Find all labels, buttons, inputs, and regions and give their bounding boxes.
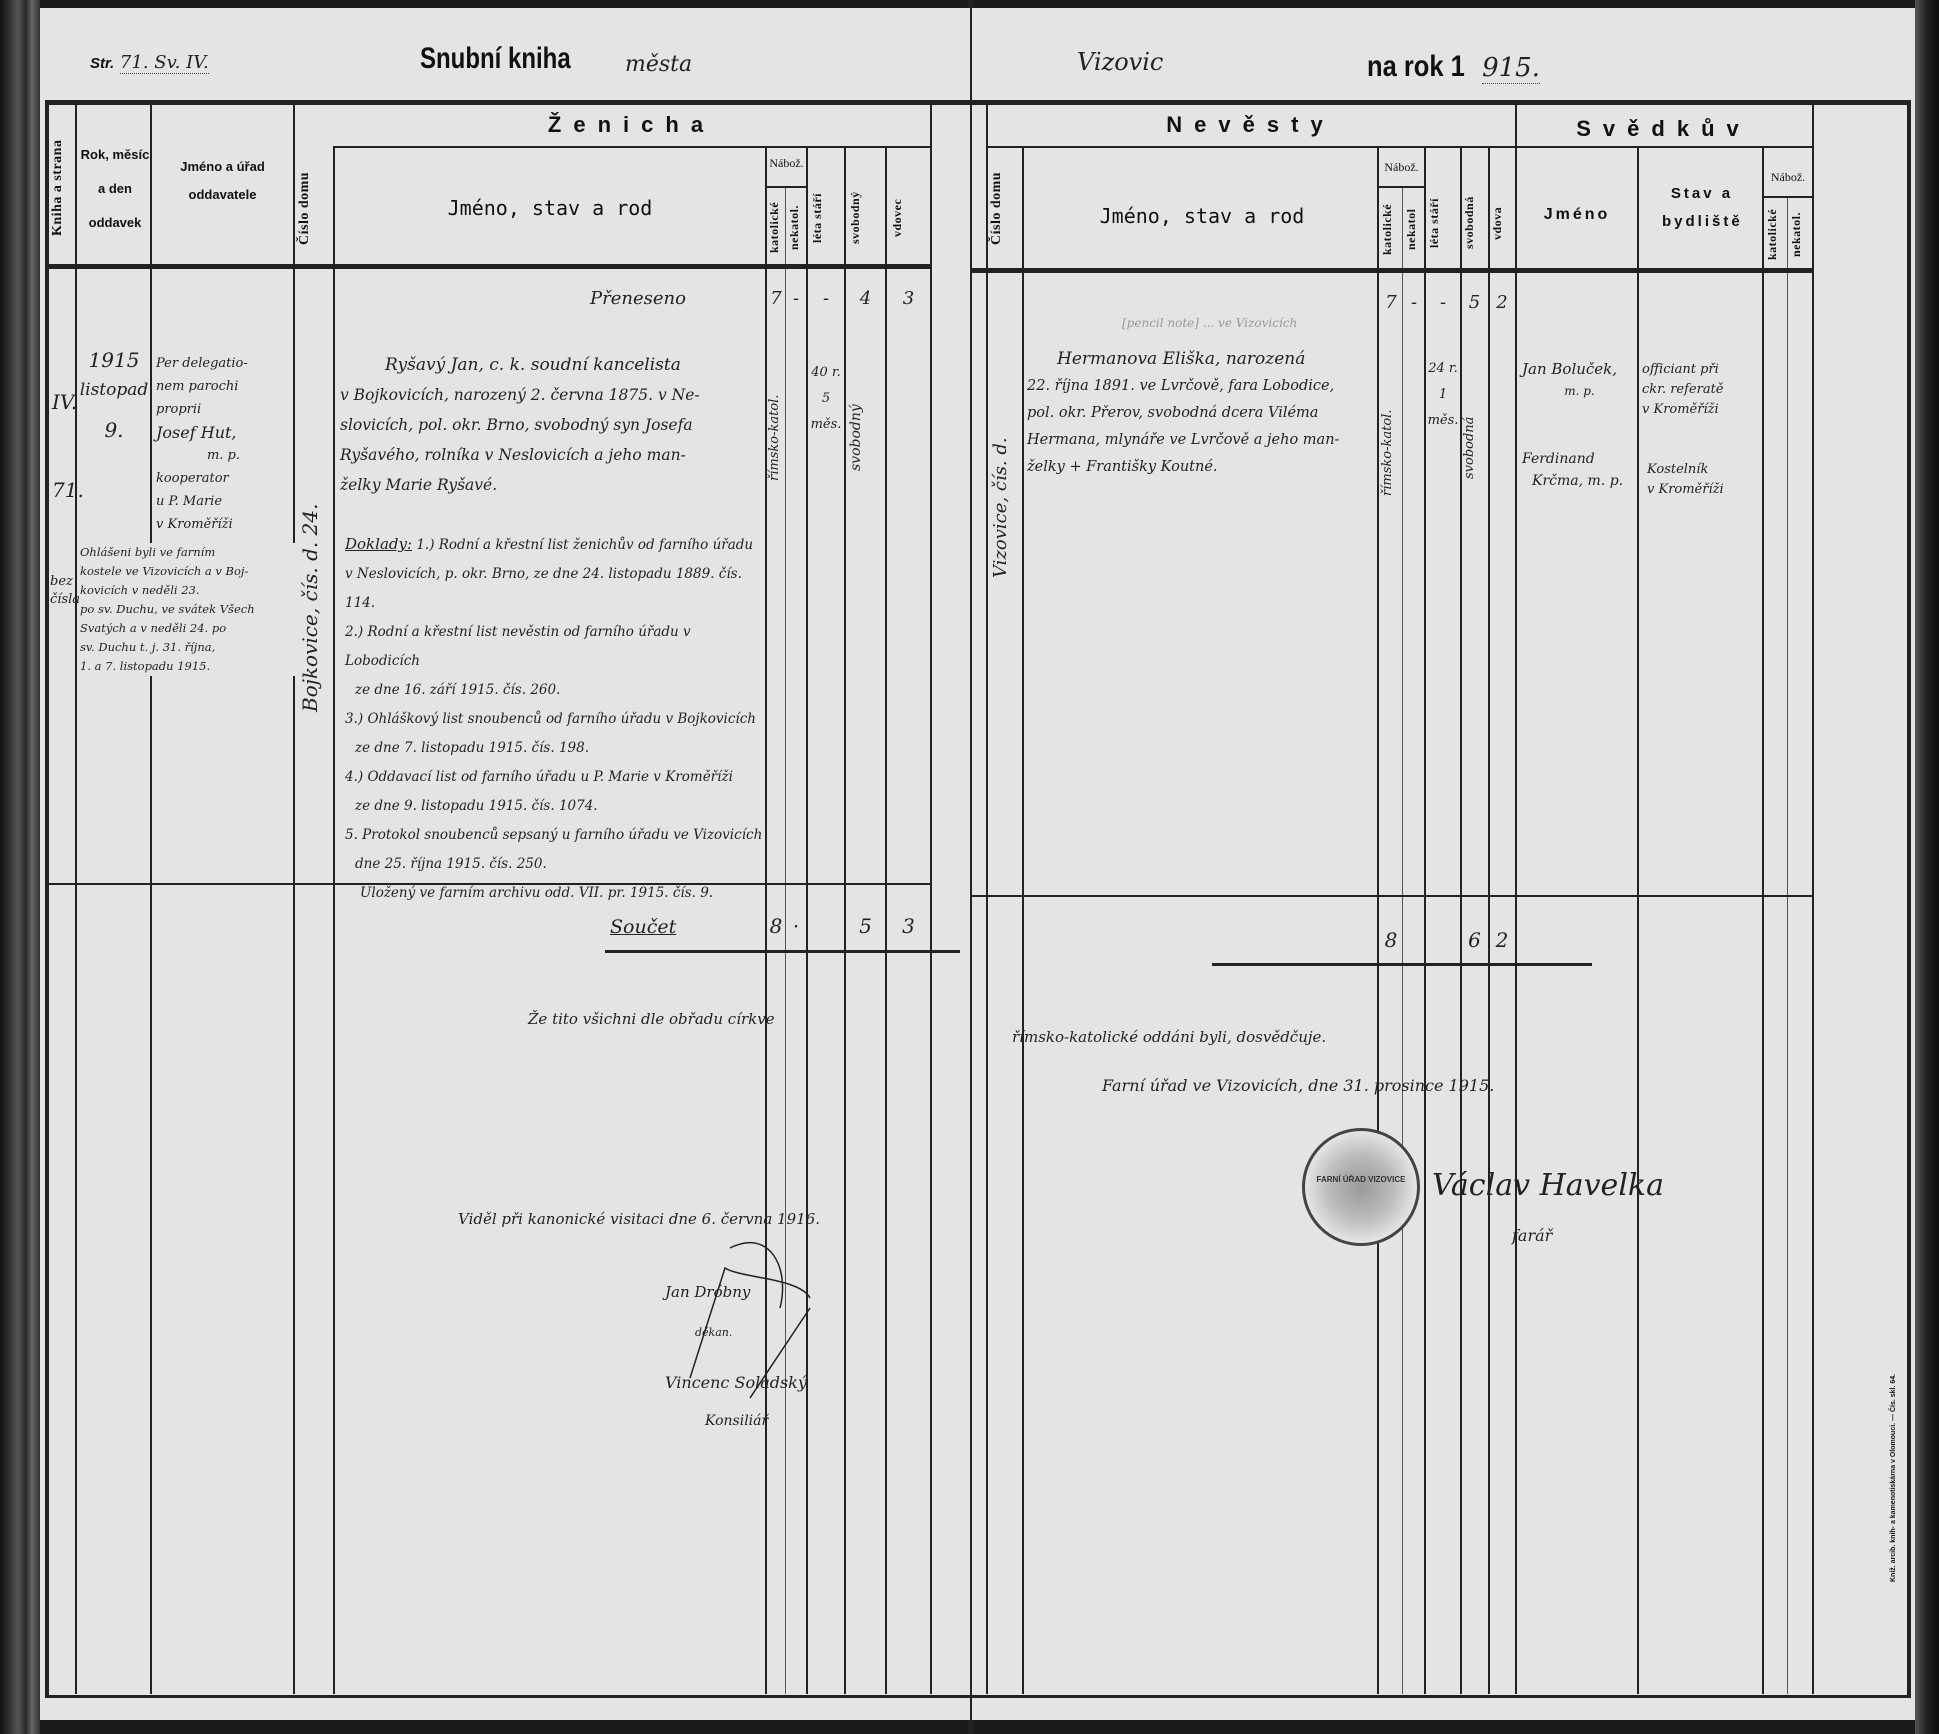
officiant-line: m. p.	[156, 444, 291, 467]
total-bride-single: 6	[1462, 928, 1487, 952]
bride-house-no: Vizovice, čís. d.	[990, 408, 1022, 608]
parish-stamp: FARNÍ ÚŘAD VIZOVICE	[1302, 1128, 1420, 1246]
document-line: v Neslovicích, p. okr. Brno, ze dne 24. …	[345, 560, 765, 618]
col-divider	[1637, 148, 1639, 1694]
carried-groom-noncatholic: -	[787, 288, 805, 309]
table-bottom-border	[972, 1695, 1907, 1698]
header-bottom-border	[45, 264, 930, 269]
parish-priest-title: farář	[1512, 1226, 1552, 1245]
col-divider	[293, 104, 295, 1694]
col-bride-widow: vdova	[1490, 183, 1514, 263]
groom-religion: římsko-katol.	[767, 358, 785, 518]
carried-bride-widow: 2	[1490, 292, 1514, 313]
carried-bride-catholic: 7	[1380, 292, 1402, 313]
banns-line: 1. a 7. listopadu 1915.	[80, 657, 295, 676]
col-bride-non-catholic: nekatol	[1404, 193, 1424, 265]
groom-house-no: Bojkovice, čís. d. 24.	[298, 498, 332, 718]
witness-name-line: Jan Boluček,	[1522, 358, 1637, 380]
document-line: 5. Protokol snoubenců sepsaný u farního …	[345, 821, 765, 850]
year-title: na rok 1915.	[1367, 50, 1540, 84]
banns-line: po sv. Duchu, ve svátek Všech	[80, 600, 295, 619]
total-groom-catholic: 8	[767, 914, 785, 938]
document-line: 2.) Rodní a křestní list nevěstin od far…	[345, 618, 765, 676]
col-divider	[1377, 148, 1379, 1694]
total-bride-catholic: 8	[1380, 928, 1402, 952]
bride-religion: římsko-katol.	[1380, 368, 1402, 538]
col-divider	[785, 188, 786, 1694]
col-bride-religion: Nábož.	[1379, 160, 1424, 175]
groom-age-months: 5 měs.	[808, 386, 844, 438]
document-line: ze dne 16. září 1915. čís. 260.	[345, 676, 765, 705]
banns-line: Ohlášeni byli ve farním	[80, 543, 295, 562]
groom-name-line: želky Marie Ryšavé.	[340, 470, 765, 500]
col-officiant: Jméno a úřad oddavatele	[155, 153, 290, 209]
col-non-catholic: nekatol.	[787, 193, 805, 261]
banns-line: kostele ve Vizovicích a v Boj-	[80, 562, 295, 581]
col-divider	[1424, 148, 1426, 1694]
table-right-border	[1907, 100, 1911, 1698]
documents-heading: Doklady:	[345, 535, 412, 553]
groom-name-line: slovicích, pol. okr. Brno, svobodný syn …	[340, 410, 765, 440]
col-divider	[986, 104, 988, 1694]
officiant-line: u P. Marie	[156, 490, 291, 513]
col-divider	[1515, 104, 1517, 1694]
col-widower: vdovec	[890, 178, 928, 258]
carried-groom-widower: 3	[887, 288, 930, 309]
groom-name-block: Ryšavý Jan, c. k. soudní kancelista v Bo…	[340, 350, 765, 500]
col-witness-non-catholic: nekatol.	[1789, 203, 1811, 265]
total-groom-noncatholic: ·	[787, 914, 805, 938]
col-divider	[150, 104, 152, 1694]
witness-name-line: Krčma, m. p.	[1522, 470, 1637, 492]
town-name: Vizovic	[1077, 48, 1163, 76]
bride-name-line: Hermanova Eliška, narozená	[1027, 346, 1377, 373]
col-witness-religion: Nábož.	[1764, 170, 1812, 185]
carried-bride-age: -	[1427, 292, 1459, 313]
col-divider	[1402, 188, 1403, 1694]
entry-month: listopad	[78, 380, 150, 400]
banns-line: Svatých a v neděli 24. po	[80, 619, 295, 638]
certification-right: římsko-katolické oddáni byli, dosvědčuje…	[1012, 1028, 1326, 1046]
col-witness-status: Stav a bydliště	[1662, 180, 1742, 236]
officiant-line: Per delegatio-	[156, 352, 291, 375]
bride-section-title: Nevěsty	[986, 112, 1515, 138]
header-divider	[765, 186, 806, 188]
groom-name-line: Ryšavého, rolníka v Neslovicích a jeho m…	[340, 440, 765, 470]
total-bride-widow: 2	[1490, 928, 1514, 952]
entry-bottom-border	[972, 895, 1812, 897]
document-line: dne 25. října 1915. čís. 250.	[345, 850, 765, 879]
book-edge-right	[1915, 0, 1939, 1734]
witness-1-name: Jan Boluček, m. p.	[1522, 358, 1637, 402]
documents-block: Doklady: 1.) Rodní a křestní list ženich…	[345, 530, 765, 908]
col-divider	[1022, 146, 1024, 1694]
document-line: ze dne 9. listopadu 1915. čís. 1074.	[345, 792, 765, 821]
header-divider	[1762, 196, 1812, 198]
bride-age: 24 r. 1 měs.	[1427, 356, 1459, 434]
entry-page: 71.	[52, 478, 84, 502]
col-catholic: katolické	[767, 193, 785, 261]
table-top-border	[45, 100, 970, 105]
carried-over-label: Přeneseno	[590, 288, 686, 309]
banns-line: sv. Duchu t. j. 31. října,	[80, 638, 295, 657]
document-line: Uložený ve farním archivu odd. VII. pr. …	[345, 879, 765, 908]
witness-status-line: Kostelník	[1647, 460, 1762, 480]
officiant-line: v Kroměříži	[156, 513, 291, 536]
totals-underline	[605, 950, 960, 953]
carried-bride-noncatholic: -	[1404, 292, 1424, 313]
col-house-no: Číslo domu	[297, 158, 331, 258]
carried-bride-single: 5	[1462, 292, 1487, 313]
right-page: Vizovic na rok 1915. Nevěsty Svědkův Čís…	[972, 8, 1915, 1720]
certification-place-date: Farní úřad ve Vizovicích, dne 31. prosin…	[1102, 1076, 1494, 1095]
visitation-text: Viděl při kanonické visitaci dne 6. červ…	[458, 1210, 820, 1228]
witness-status-line: officiant při	[1642, 360, 1762, 380]
carried-groom-single: 4	[846, 288, 885, 309]
officiant-line: proprii	[156, 398, 291, 421]
header-divider	[986, 146, 1812, 148]
pencil-note: [pencil note] ... ve Vizovicích	[1122, 316, 1297, 330]
banns-note: Ohlášeni byli ve farním kostele ve Vizov…	[80, 543, 295, 676]
parish-priest-signature: Václav Havelka	[1432, 1168, 1664, 1203]
col-divider	[1812, 104, 1814, 1694]
bride-name-block: Hermanova Eliška, narozená 22. října 189…	[1027, 346, 1377, 481]
total-groom-widower: 3	[887, 914, 930, 938]
table-bottom-border	[45, 1695, 970, 1698]
banns-line: kovicích v neděli 23.	[80, 581, 295, 600]
groom-section-title: Ženicha	[333, 112, 930, 138]
bride-single: svobodná	[1462, 398, 1487, 498]
totals-label: Součet	[610, 916, 676, 938]
page-label: Str.	[90, 55, 114, 72]
page-value: 71. Sv. IV.	[120, 52, 209, 74]
officiant-line: Josef Hut,	[156, 421, 291, 444]
groom-age-years: 40 r.	[808, 360, 844, 386]
register-title: Snubní kniha	[420, 42, 571, 76]
witness-name-line: Ferdinand	[1522, 448, 1637, 470]
col-bride-single: svobodná	[1462, 183, 1487, 263]
col-divider	[930, 104, 932, 1694]
witness-2-status: Kostelník v Kroměříži	[1647, 460, 1762, 500]
officiant-line: kooperator	[156, 467, 291, 490]
col-name: Jméno, stav a rod	[340, 196, 760, 220]
bride-age-months: 1 měs.	[1427, 382, 1459, 434]
col-divider	[1787, 198, 1788, 1694]
entry-number: bez čísla	[50, 573, 78, 609]
town-type: města	[625, 52, 692, 77]
header-bottom-border	[972, 268, 1812, 273]
witness-name-line: m. p.	[1522, 380, 1637, 402]
printer-note: Kníž. arcib. knih- a kamenotiskárna v Ol…	[1890, 1278, 1904, 1678]
entry-volume: IV.	[52, 390, 77, 414]
col-divider	[1762, 148, 1764, 1694]
col-witness-name: Jméno	[1517, 206, 1637, 224]
entry-officiant: Per delegatio- nem parochi proprii Josef…	[156, 352, 291, 536]
witness-2-name: Ferdinand Krčma, m. p.	[1522, 448, 1637, 492]
header-divider	[333, 146, 930, 148]
bride-name-line: 22. října 1891. ve Lvrčově, fara Lobodic…	[1027, 373, 1377, 400]
col-bride-house-no: Číslo domu	[989, 158, 1021, 258]
page-reference: Str. 71. Sv. IV.	[90, 52, 209, 73]
carried-groom-age: -	[808, 288, 844, 309]
groom-name-line: Ryšavý Jan, c. k. soudní kancelista	[340, 350, 765, 380]
table-left-border	[45, 100, 49, 1695]
col-bride-name: Jméno, stav a rod	[1032, 204, 1372, 228]
header-divider	[1377, 186, 1424, 188]
document-line: 1.) Rodní a křestní list ženichův od far…	[416, 537, 753, 553]
bride-name-line: želky + Františky Koutné.	[1027, 454, 1377, 481]
col-divider	[1460, 148, 1462, 1694]
document-line: ze dne 7. listopadu 1915. čís. 198.	[345, 734, 765, 763]
bride-name-line: Hermana, mlynáře ve Lvrčově a jeho man-	[1027, 427, 1377, 454]
groom-name-line: v Bojkovicích, narozený 2. června 1875. …	[340, 380, 765, 410]
witness-status-line: ckr. referatě	[1642, 380, 1762, 400]
carried-groom-catholic: 7	[767, 288, 785, 309]
col-divider	[1488, 148, 1490, 1694]
col-bride-catholic: katolické	[1380, 193, 1402, 265]
col-divider	[75, 104, 77, 1694]
entry-day: 9.	[78, 418, 150, 442]
col-religion: Nábož.	[767, 156, 806, 171]
witness-status-line: v Kroměříži	[1642, 400, 1762, 420]
table-top-border	[972, 100, 1907, 105]
document-line: 4.) Oddavací list od farního úřadu u P. …	[345, 763, 765, 792]
groom-age: 40 r. 5 měs.	[808, 360, 844, 438]
book-spine-left	[0, 0, 40, 1734]
officiant-line: nem parochi	[156, 375, 291, 398]
witness-status-line: v Kroměříži	[1647, 480, 1762, 500]
signature-flourish	[680, 1228, 830, 1428]
groom-single: svobodný	[848, 388, 882, 488]
year-label: na rok 1	[1367, 50, 1465, 84]
col-age: léta stáří	[810, 178, 842, 258]
left-page: Str. 71. Sv. IV. Snubní kniha města Knih…	[40, 8, 970, 1720]
col-divider	[333, 148, 335, 1694]
col-bride-age: léta stáří	[1427, 183, 1459, 263]
stamp-text: FARNÍ ÚŘAD VIZOVICE	[1305, 1175, 1417, 1184]
witness-section-title: Svědkův	[1515, 116, 1812, 142]
col-single: svobodný	[848, 178, 882, 258]
certification-left: Že tito všichni dle obřadu církve	[528, 1010, 775, 1028]
totals-underline	[1212, 963, 1592, 966]
entry-year: 1915	[78, 348, 150, 372]
year-value: 915.	[1482, 53, 1540, 84]
bride-name-line: pol. okr. Přerov, svobodná dcera Viléma	[1027, 400, 1377, 427]
witness-1-status: officiant při ckr. referatě v Kroměříži	[1642, 360, 1762, 420]
total-groom-single: 5	[846, 914, 885, 938]
col-witness-catholic: katolické	[1765, 203, 1787, 265]
document-line: 3.) Ohláškový list snoubenců od farního …	[345, 705, 765, 734]
col-date: Rok, měsíc a den oddavek	[80, 138, 150, 240]
bride-age-years: 24 r.	[1427, 356, 1459, 382]
col-book-page: Kniha a strana	[50, 118, 74, 258]
